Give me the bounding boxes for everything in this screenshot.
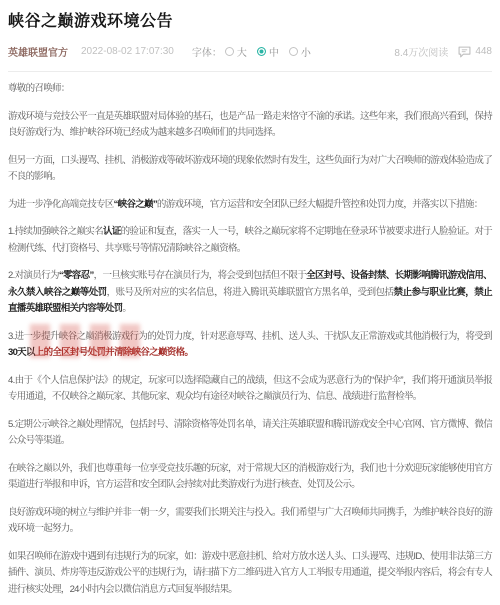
paragraph: 游戏环境与竞技公平一直是英雄联盟对局体验的基石，也是产品一路走来恪守不渝的承诺。… bbox=[8, 109, 492, 142]
text-segment: 5.定期公示峡谷之巅处理情况，包括封号、清除资格等处罚名单，请关注英雄联盟和腾讯… bbox=[8, 419, 492, 447]
text-segment: 的游戏环境，官方运营和安全团队已经大幅提升管控和处罚力度，并落实以下措施： bbox=[157, 199, 483, 210]
text-segment: “峡谷之巅” bbox=[114, 199, 157, 210]
paragraph: 良好游戏环境的树立与维护并非一朝一夕，需要我们长期关注与投入。我们希望与广大召唤… bbox=[8, 505, 492, 538]
paragraph: 2.对演员行为“零容忍”，一旦核实账号存在演员行为，将会受到包括但不限于全区封号… bbox=[8, 268, 492, 318]
text-segment: 游戏环境与竞技公平一直是英雄联盟对局体验的基石，也是产品一路走来恪守不渝的承诺。… bbox=[8, 111, 492, 139]
font-size-option-大[interactable]: 大 bbox=[225, 44, 247, 59]
font-size-label: 字体： bbox=[192, 44, 222, 59]
text-segment: 认证 bbox=[103, 226, 121, 237]
paragraph: 如果召唤师在游戏中遇到有违规行为的玩家，如：游戏中恶意挂机、给对方放水送人头、口… bbox=[8, 549, 492, 599]
paragraph: 为进一步净化高端竞技专区“峡谷之巅”的游戏环境，官方运营和安全团队已经大幅提升管… bbox=[8, 197, 492, 214]
text-segment: 尊敬的召唤师： bbox=[8, 83, 70, 94]
comment-bubble-icon bbox=[458, 46, 471, 58]
text-segment: 。 bbox=[122, 303, 131, 314]
page-title: 峡谷之巅游戏环境公告 bbox=[8, 12, 492, 32]
text-segment: 30天以 bbox=[8, 347, 35, 358]
text-segment: ，一旦核实账号存在演员行为，将会受到包括但不限于 bbox=[94, 270, 307, 281]
text-segment: 如果召唤师在游戏中遇到有违规行为的玩家，如：游戏中恶意挂机、给对方放水送人头、口… bbox=[8, 551, 492, 595]
radio-icon bbox=[225, 47, 234, 56]
text-segment: “零容忍” bbox=[59, 270, 94, 281]
font-size-option-小[interactable]: 小 bbox=[289, 44, 311, 59]
paragraph: 3.进一步提升峡谷之巅消极游戏行为的处罚力度，针对恶意辱骂、挂机、送人头、干扰队… bbox=[8, 329, 492, 362]
radio-icon bbox=[289, 47, 298, 56]
paragraph: 在峡谷之巅以外，我们也尊重每一位享受竞技乐趣的玩家，对于常规大区的消极游戏行为，… bbox=[8, 461, 492, 494]
radio-label: 大 bbox=[237, 44, 247, 59]
article-meta-bar: 英雄联盟官方 2022-08-02 17:07:30 字体： 大中小 8.4万次… bbox=[8, 44, 492, 59]
text-segment: 4.由于《个人信息保护法》的规定，玩家可以选择隐藏自己的战绩，但这不会成为恶意行… bbox=[8, 375, 492, 403]
text-segment: 1.持续加强峡谷之巅实名 bbox=[8, 226, 103, 237]
publish-date: 2022-08-02 17:07:30 bbox=[81, 46, 174, 57]
paragraph: 4.由于《个人信息保护法》的规定，玩家可以选择隐藏自己的战绩，但这不会成为恶意行… bbox=[8, 373, 492, 406]
radio-label: 中 bbox=[269, 44, 279, 59]
radio-icon bbox=[257, 47, 266, 56]
font-size-option-中[interactable]: 中 bbox=[257, 44, 279, 59]
author-link[interactable]: 英雄联盟官方 bbox=[8, 44, 68, 59]
read-count: 8.4万次阅读 bbox=[394, 44, 448, 59]
article-body: 尊敬的召唤师：游戏环境与竞技公平一直是英雄联盟对局体验的基石，也是产品一路走来恪… bbox=[8, 72, 492, 598]
radio-label: 小 bbox=[301, 44, 311, 59]
text-segment: 良好游戏环境的树立与维护并非一朝一夕，需要我们长期关注与投入。我们希望与广大召唤… bbox=[8, 507, 492, 535]
text-segment: 2.对演员行为 bbox=[8, 270, 59, 281]
paragraph: 尊敬的召唤师： bbox=[8, 81, 492, 98]
comment-count: 448 bbox=[475, 46, 492, 57]
meta-right-group: 8.4万次阅读 448 bbox=[394, 44, 492, 59]
paragraph: 但另一方面，口头谩骂、挂机、消极游戏等破坏游戏环境的现象依然时有发生，这些负面行… bbox=[8, 153, 492, 186]
text-segment: 3.进一步提升峡谷之巅消极游戏行为的处罚力度，针对恶意辱骂、挂机、送人头、干扰队… bbox=[8, 331, 492, 342]
text-segment: 上的全区封号处罚并清除峡谷之巅资格。 bbox=[35, 347, 193, 358]
paragraph: 5.定期公示峡谷之巅处理情况，包括封号、清除资格等处罚名单，请关注英雄联盟和腾讯… bbox=[8, 417, 492, 450]
text-segment: 但另一方面，口头谩骂、挂机、消极游戏等破坏游戏环境的现象依然时有发生，这些负面行… bbox=[8, 155, 492, 183]
text-segment: ，账号及所对应的实名信息，将进入腾讯英雄联盟官方黑名单，受到包括 bbox=[107, 287, 394, 298]
font-size-options: 大中小 bbox=[225, 44, 311, 59]
paragraph: 1.持续加强峡谷之巅实名认证的验证和复查，落实一人一号，峡谷之巅玩家将不定期地在… bbox=[8, 224, 492, 257]
comment-button[interactable]: 448 bbox=[458, 46, 492, 58]
text-segment: 为进一步净化高端竞技专区 bbox=[8, 199, 114, 210]
text-segment: 在峡谷之巅以外，我们也尊重每一位享受竞技乐趣的玩家，对于常规大区的消极游戏行为，… bbox=[8, 463, 492, 491]
article-page: 峡谷之巅游戏环境公告 英雄联盟官方 2022-08-02 17:07:30 字体… bbox=[0, 0, 500, 605]
